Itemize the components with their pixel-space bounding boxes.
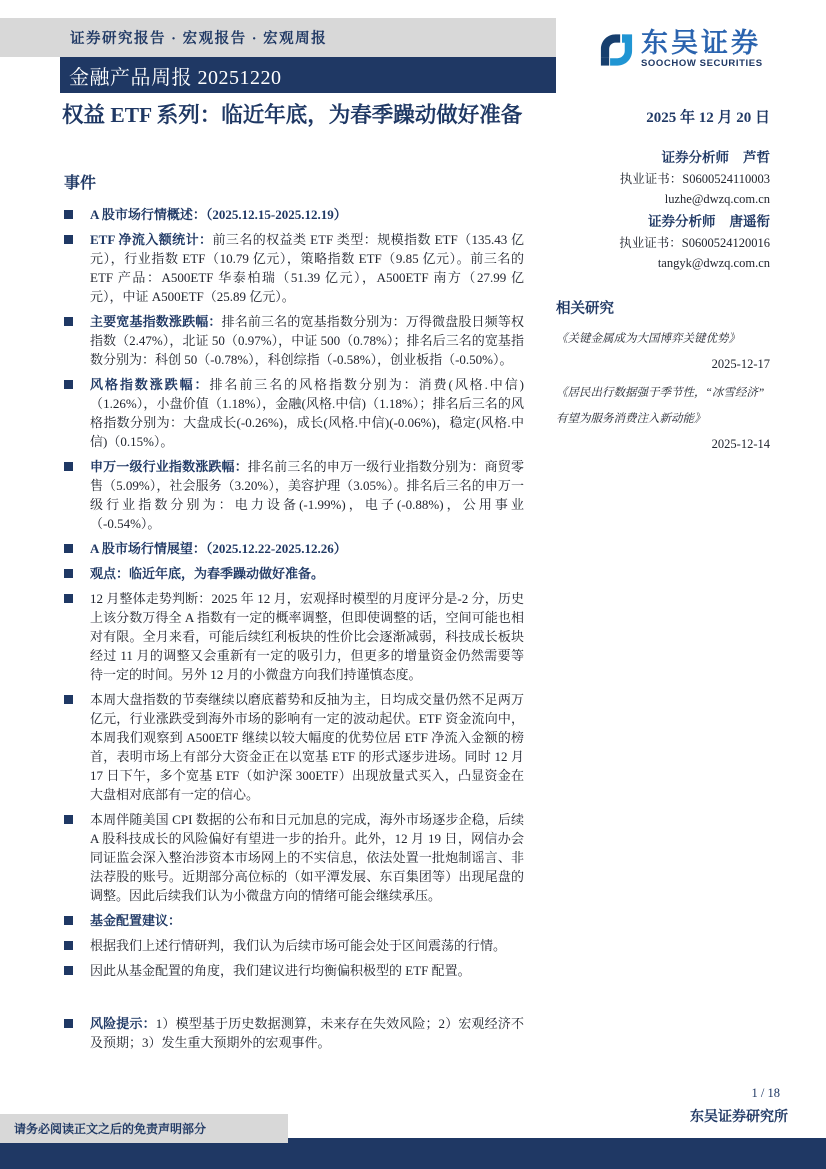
related-research-heading: 相关研究 [556, 297, 770, 318]
bullet-text: 12 月整体走势判断：2025 年 12 月，宏观择时模型的月度评分是-2 分，… [90, 591, 524, 682]
bullet-lead: A 股市场行情概述：（2025.12.15-2025.12.19） [90, 207, 347, 222]
bullet-item: 申万一级行业指数涨跌幅：排名前三名的申万一级行业指数分别为：商贸零售（5.09%… [62, 457, 524, 533]
bullet-lead: 风格指数涨跌幅： [90, 377, 209, 392]
cert-label: 执业证书： [619, 236, 682, 250]
bullet-text: 本周大盘指数的节奏继续以磨底蓄势和反抽为主，日均成交量仍然不足两万亿元，行业涨跌… [90, 692, 524, 802]
section-heading-event: 事件 [64, 170, 524, 193]
bullet-lead: 基金配置建议： [90, 913, 181, 928]
bullet-lead: 主要宽基指数涨跌幅： [90, 314, 222, 329]
disclaimer-text: 请务必阅读正文之后的免责声明部分 [0, 1120, 206, 1137]
analyst-name-line: 证券分析师芦哲 [556, 147, 770, 169]
analyst-cert-line: 执业证书：S0600524120016 [556, 233, 770, 253]
bullet-text: 根据我们上述行情研判，我们认为后续市场可能会处于区间震荡的行情。 [90, 938, 506, 953]
research-institute: 东吴证券研究所 [690, 1106, 788, 1126]
cert-number: S0600524110003 [682, 172, 770, 186]
bullet-item: A 股市场行情概述：（2025.12.15-2025.12.19） [62, 205, 524, 224]
bullet-item: 本周伴随美国 CPI 数据的公布和日元加息的完成，海外市场逐步企稳，后续 A 股… [62, 810, 524, 905]
disclaimer-box: 请务必阅读正文之后的免责声明部分 [0, 1114, 288, 1143]
report-title: 权益 ETF 系列：临近年底，为春季躁动做好准备 [62, 99, 556, 131]
bullet-item: A 股市场行情展望：（2025.12.22-2025.12.26） [62, 539, 524, 558]
page-number: 1 / 18 [752, 1086, 780, 1101]
report-series-banner: 金融产品周报 20251220 [60, 57, 556, 93]
related-research-date: 2025-12-17 [556, 352, 770, 376]
analyst-name: 唐遥衔 [730, 214, 771, 229]
related-research-item: 《居民出行数据强于季节性，“冰雪经济”有望为服务消费注入新动能》 2025-12… [556, 380, 770, 456]
cert-number: S0600524120016 [682, 236, 770, 250]
report-date: 2025 年 12 月 20 日 [556, 106, 770, 127]
related-research-list: 《关键金属成为大国博弈关键优势》 2025-12-17 《居民出行数据强于季节性… [556, 326, 770, 456]
brand-name: 东吴证券 SOOCHOW SECURITIES [641, 28, 763, 69]
related-research-item: 《关键金属成为大国博弈关键优势》 2025-12-17 [556, 326, 770, 376]
sidebar: 2025 年 12 月 20 日 证券分析师芦哲 执业证书：S060052411… [556, 106, 770, 460]
bullet-item: 因此从基金配置的角度，我们建议进行均衡偏积极型的 ETF 配置。 [62, 961, 524, 980]
bullet-lead: A 股市场行情展望：（2025.12.22-2025.12.26） [90, 541, 347, 556]
bullet-item: 风格指数涨跌幅：排名前三名的风格指数分别为：消费(风格.中信)（1.26%），小… [62, 375, 524, 451]
report-type-band: 证券研究报告 · 宏观报告 · 宏观周报 [0, 18, 556, 57]
bullet-item: 风险提示：1）模型基于历史数据测算，未来存在失效风险；2）宏观经济不及预期；3）… [62, 1014, 524, 1052]
analyst-role: 证券分析师 [648, 214, 716, 229]
bullet-item: ETF 净流入额统计：前三名的权益类 ETF 类型：规模指数 ETF（135.4… [62, 230, 524, 306]
related-research-title: 《居民出行数据强于季节性，“冰雪经济”有望为服务消费注入新动能》 [556, 380, 770, 432]
bullet-lead: ETF 净流入额统计： [90, 232, 212, 247]
analyst-name-line: 证券分析师唐遥衔 [556, 211, 770, 233]
bullet-item: 本周大盘指数的节奏继续以磨底蓄势和反抽为主，日均成交量仍然不足两万亿元，行业涨跌… [62, 690, 524, 804]
bullet-item: 基金配置建议： [62, 911, 524, 930]
brand-name-cn: 东吴证券 [641, 28, 763, 58]
analyst-card: 证券分析师唐遥衔 执业证书：S0600524120016 tangyk@dwzq… [556, 211, 770, 273]
bullet-list: A 股市场行情概述：（2025.12.15-2025.12.19） ETF 净流… [62, 205, 524, 1052]
bullet-item: 根据我们上述行情研判，我们认为后续市场可能会处于区间震荡的行情。 [62, 936, 524, 955]
bullet-lead: 风险提示： [90, 1016, 156, 1031]
bullet-lead: 观点：临近年底，为春季躁动做好准备。 [90, 566, 324, 581]
analyst-block: 证券分析师芦哲 执业证书：S0600524110003 luzhe@dwzq.c… [556, 147, 770, 273]
bullet-lead: 申万一级行业指数涨跌幅： [90, 459, 248, 474]
related-research-title: 《关键金属成为大国博弈关键优势》 [556, 326, 770, 352]
analyst-email: luzhe@dwzq.com.cn [556, 189, 770, 209]
bullet-text: 1）模型基于历史数据测算，未来存在失效风险；2）宏观经济不及预期；3）发生重大预… [90, 1016, 524, 1050]
bullet-text: 本周伴随美国 CPI 数据的公布和日元加息的完成，海外市场逐步企稳，后续 A 股… [90, 812, 524, 903]
analyst-name: 芦哲 [743, 150, 770, 165]
bullet-item: 主要宽基指数涨跌幅：排名前三名的宽基指数分别为：万得微盘股日频等权指数（2.47… [62, 312, 524, 369]
main-content: 事件 A 股市场行情概述：（2025.12.15-2025.12.19） ETF… [62, 170, 524, 1058]
related-research-date: 2025-12-14 [556, 432, 770, 456]
bullet-text: 因此从基金配置的角度，我们建议进行均衡偏积极型的 ETF 配置。 [90, 963, 471, 978]
analyst-role: 证券分析师 [662, 150, 730, 165]
report-series-text: 金融产品周报 20251220 [60, 61, 282, 90]
analyst-cert-line: 执业证书：S0600524110003 [556, 169, 770, 189]
bullet-item: 12 月整体走势判断：2025 年 12 月，宏观择时模型的月度评分是-2 分，… [62, 589, 524, 684]
brand-logo: 东吴证券 SOOCHOW SECURITIES [600, 28, 763, 69]
brand-name-en: SOOCHOW SECURITIES [641, 58, 763, 69]
report-type-text: 证券研究报告 · 宏观报告 · 宏观周报 [0, 27, 327, 48]
analyst-email: tangyk@dwzq.com.cn [556, 253, 770, 273]
bullet-item: 观点：临近年底，为春季躁动做好准备。 [62, 564, 524, 583]
analyst-card: 证券分析师芦哲 执业证书：S0600524110003 luzhe@dwzq.c… [556, 147, 770, 209]
related-research: 相关研究 《关键金属成为大国博弈关键优势》 2025-12-17 《居民出行数据… [556, 297, 770, 456]
soochow-logo-icon [600, 32, 633, 68]
cert-label: 执业证书： [620, 172, 683, 186]
report-page: 证券研究报告 · 宏观报告 · 宏观周报 金融产品周报 20251220 东吴证… [0, 0, 826, 1169]
